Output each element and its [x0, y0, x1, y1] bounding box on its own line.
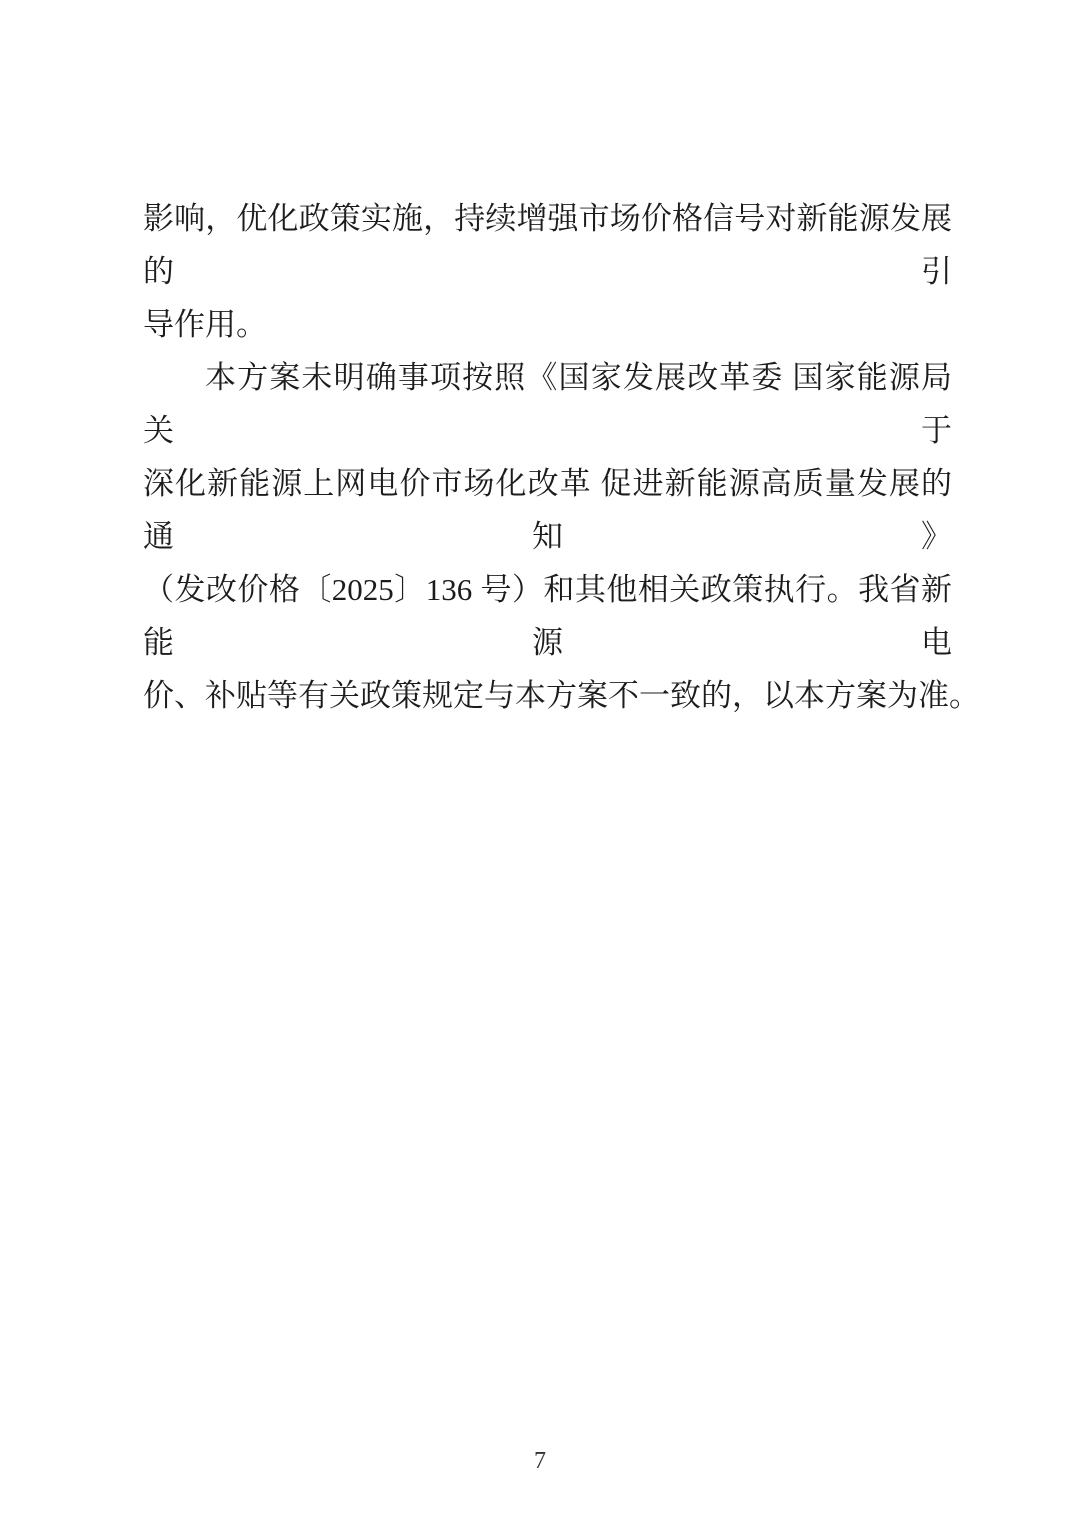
text-line: 深化新能源上网电价市场化改革 促进新能源高质量发展的通知》 — [143, 457, 952, 563]
document-viewport: { "document": { "body_lines": [ "影响，优化政策… — [0, 0, 1080, 1527]
document-page: 影响，优化政策实施，持续增强市场价格信号对新能源发展的引 导作用。 本方案未明确… — [0, 0, 1080, 1527]
text-line: （发改价格〔2025〕136 号）和其他相关政策执行。我省新能源电 — [143, 563, 952, 669]
text-line: 导作用。 — [143, 298, 952, 351]
text-line: 价、补贴等有关政策规定与本方案不一致的，以本方案为准。 — [143, 669, 952, 722]
text-line: 影响，优化政策实施，持续增强市场价格信号对新能源发展的引 — [143, 192, 952, 298]
text-line: 本方案未明确事项按照《国家发展改革委 国家能源局关于 — [143, 351, 952, 457]
page-footer: 7 — [0, 1446, 1080, 1479]
page-number: 7 — [534, 1448, 546, 1474]
document-body-text: 影响，优化政策实施，持续增强市场价格信号对新能源发展的引 导作用。 本方案未明确… — [143, 192, 952, 722]
